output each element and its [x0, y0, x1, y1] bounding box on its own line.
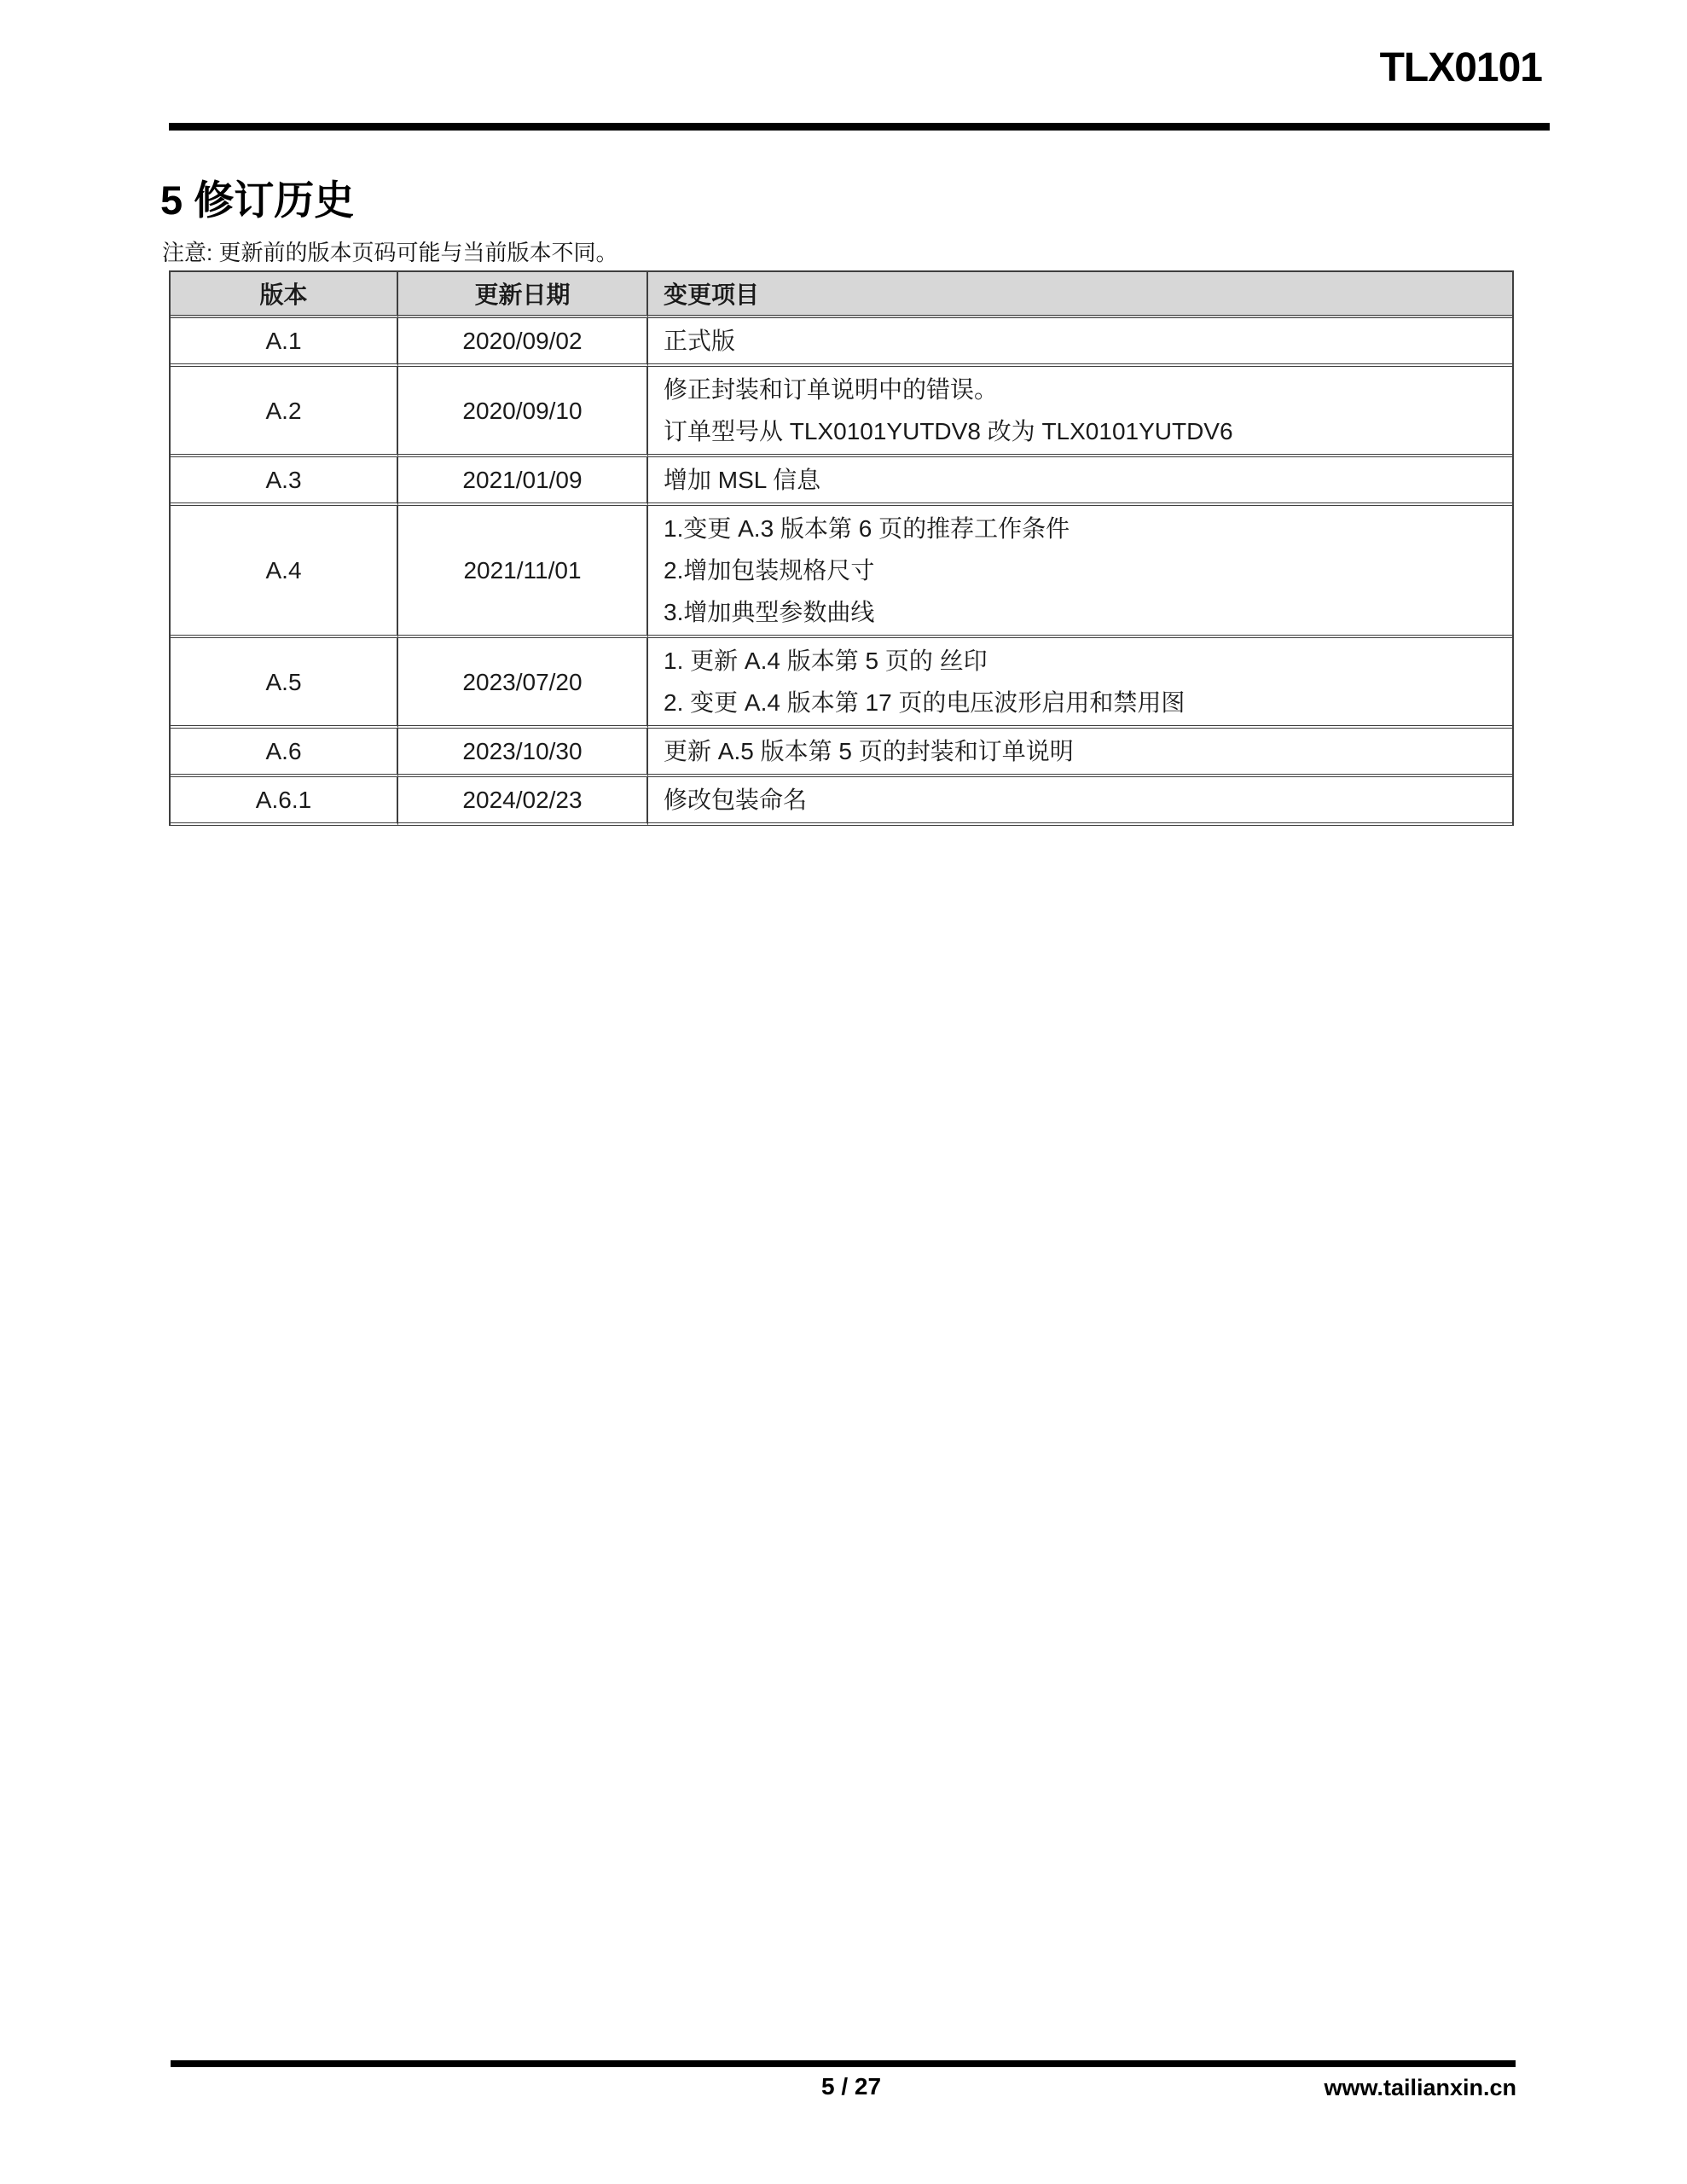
table-row: A.32021/01/09增加 MSL 信息	[171, 457, 1512, 506]
revision-cell-changes: 修正封装和订单说明中的错误。订单型号从 TLX0101YUTDV8 改为 TLX…	[648, 367, 1512, 457]
revision-cell-version: A.5	[171, 638, 398, 729]
revision-version: A.6	[171, 730, 397, 772]
change-line: 2.增加包装规格尺寸	[664, 549, 1500, 591]
revision-date: 2021/11/01	[398, 549, 646, 591]
revision-table-body: A.12020/09/02正式版A.22020/09/10修正封装和订单说明中的…	[171, 318, 1512, 826]
revision-cell-version: A.6	[171, 729, 398, 777]
revision-version: A.4	[171, 549, 397, 591]
section-title: 5 修订历史	[160, 169, 354, 226]
product-title: TLX0101	[1380, 44, 1542, 91]
revision-date: 2023/07/20	[398, 661, 646, 703]
revision-cell-date: 2021/01/09	[398, 457, 648, 506]
revision-cell-changes: 1.变更 A.3 版本第 6 页的推荐工作条件2.增加包装规格尺寸3.增加典型参…	[648, 506, 1512, 638]
change-line: 更新 A.5 版本第 5 页的封装和订单说明	[664, 730, 1500, 772]
revision-cell-version: A.4	[171, 506, 398, 638]
change-line: 订单型号从 TLX0101YUTDV8 改为 TLX0101YUTDV6	[664, 410, 1500, 452]
revision-note: 注意: 更新前的版本页码可能与当前版本不同。	[162, 235, 617, 267]
revision-cell-changes: 1. 更新 A.4 版本第 5 页的 丝印2. 变更 A.4 版本第 17 页的…	[648, 638, 1512, 729]
revision-version: A.2	[171, 390, 397, 432]
revision-date: 2020/09/10	[398, 390, 646, 432]
table-row: A.62023/10/30更新 A.5 版本第 5 页的封装和订单说明	[171, 729, 1512, 777]
revision-cell-date: 2020/09/02	[398, 318, 648, 367]
table-row: A.52023/07/201. 更新 A.4 版本第 5 页的 丝印2. 变更 …	[171, 638, 1512, 729]
change-line: 正式版	[664, 320, 1500, 362]
revision-date: 2023/10/30	[398, 730, 646, 772]
column-header-version: 版本	[171, 272, 398, 318]
revision-history-table: 版本 更新日期 变更项目 A.12020/09/02正式版A.22020/09/…	[169, 270, 1514, 826]
revision-cell-changes: 正式版	[648, 318, 1512, 367]
change-line: 2. 变更 A.4 版本第 17 页的电压波形启用和禁用图	[664, 682, 1500, 723]
table-row: A.12020/09/02正式版	[171, 318, 1512, 367]
table-row: A.22020/09/10修正封装和订单说明中的错误。订单型号从 TLX0101…	[171, 367, 1512, 457]
revision-cell-version: A.3	[171, 457, 398, 506]
revision-cell-version: A.2	[171, 367, 398, 457]
table-row: A.42021/11/011.变更 A.3 版本第 6 页的推荐工作条件2.增加…	[171, 506, 1512, 638]
change-line: 1. 更新 A.4 版本第 5 页的 丝印	[664, 640, 1500, 682]
footer-rule	[171, 2060, 1516, 2067]
revision-cell-changes: 修改包装命名	[648, 777, 1512, 826]
revision-cell-version: A.6.1	[171, 777, 398, 826]
table-row: A.6.12024/02/23修改包装命名	[171, 777, 1512, 826]
revision-date: 2021/01/09	[398, 459, 646, 501]
revision-cell-date: 2024/02/23	[398, 777, 648, 826]
column-header-changes: 变更项目	[648, 272, 1512, 318]
revision-version: A.1	[171, 320, 397, 362]
revision-date: 2020/09/02	[398, 320, 646, 362]
revision-cell-date: 2023/07/20	[398, 638, 648, 729]
revision-cell-changes: 增加 MSL 信息	[648, 457, 1512, 506]
website-link: www.tailianxin.cn	[1324, 2075, 1516, 2101]
revision-cell-changes: 更新 A.5 版本第 5 页的封装和订单说明	[648, 729, 1512, 777]
revision-cell-version: A.1	[171, 318, 398, 367]
revision-cell-date: 2023/10/30	[398, 729, 648, 777]
change-line: 3.增加典型参数曲线	[664, 591, 1500, 633]
header-rule	[169, 123, 1550, 131]
revision-cell-date: 2020/09/10	[398, 367, 648, 457]
change-line: 1.变更 A.3 版本第 6 页的推荐工作条件	[664, 508, 1500, 549]
datasheet-page: TLX0101 5 修订历史 注意: 更新前的版本页码可能与当前版本不同。 版本…	[0, 0, 1687, 2184]
change-line: 修正封装和订单说明中的错误。	[664, 369, 1500, 410]
revision-cell-date: 2021/11/01	[398, 506, 648, 638]
change-line: 增加 MSL 信息	[664, 459, 1500, 501]
table-header-row: 版本 更新日期 变更项目	[171, 272, 1512, 318]
revision-version: A.6.1	[171, 779, 397, 821]
revision-version: A.3	[171, 459, 397, 501]
revision-version: A.5	[171, 661, 397, 703]
revision-date: 2024/02/23	[398, 779, 646, 821]
column-header-date: 更新日期	[398, 272, 648, 318]
change-line: 修改包装命名	[664, 779, 1500, 821]
